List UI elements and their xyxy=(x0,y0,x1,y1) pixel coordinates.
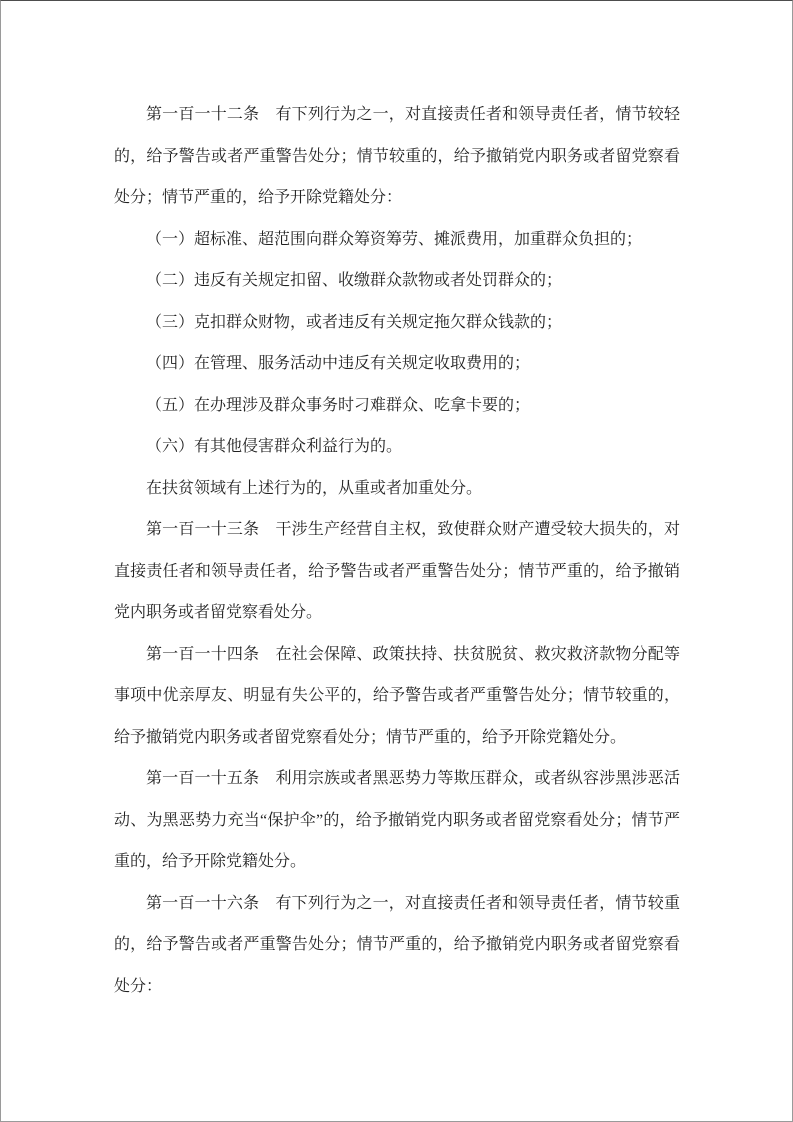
paragraph: （三）克扣群众财物，或者违反有关规定拖欠群众钱款的； xyxy=(114,302,680,344)
paragraph: 第一百一十六条 有下列行为之一，对直接责任者和领导责任者，情节较重的，给予警告或… xyxy=(114,883,680,1008)
paragraph: （四）在管理、服务活动中违反有关规定收取费用的； xyxy=(114,343,680,385)
paragraph: 第一百一十三条 干涉生产经营自主权，致使群众财产遭受较大损失的，对直接责任者和领… xyxy=(114,509,680,634)
paragraph: （六）有其他侵害群众利益行为的。 xyxy=(114,426,680,468)
document-body: 第一百一十二条 有下列行为之一，对直接责任者和领导责任者，情节较轻的，给予警告或… xyxy=(114,94,680,1007)
document-page: 第一百一十二条 有下列行为之一，对直接责任者和领导责任者，情节较轻的，给予警告或… xyxy=(0,0,793,1122)
paragraph: 第一百一十五条 利用宗族或者黑恶势力等欺压群众，或者纵容涉黑涉恶活动、为黑恶势力… xyxy=(114,758,680,883)
paragraph: 第一百一十四条 在社会保障、政策扶持、扶贫脱贫、救灾救济款物分配等事项中优亲厚友… xyxy=(114,634,680,759)
paragraph: （一）超标准、超范围向群众筹资筹劳、摊派费用，加重群众负担的； xyxy=(114,219,680,261)
paragraph: 在扶贫领域有上述行为的，从重或者加重处分。 xyxy=(114,468,680,510)
paragraph: （五）在办理涉及群众事务时刁难群众、吃拿卡要的； xyxy=(114,385,680,427)
paragraph: （二）违反有关规定扣留、收缴群众款物或者处罚群众的； xyxy=(114,260,680,302)
paragraph: 第一百一十二条 有下列行为之一，对直接责任者和领导责任者，情节较轻的，给予警告或… xyxy=(114,94,680,219)
